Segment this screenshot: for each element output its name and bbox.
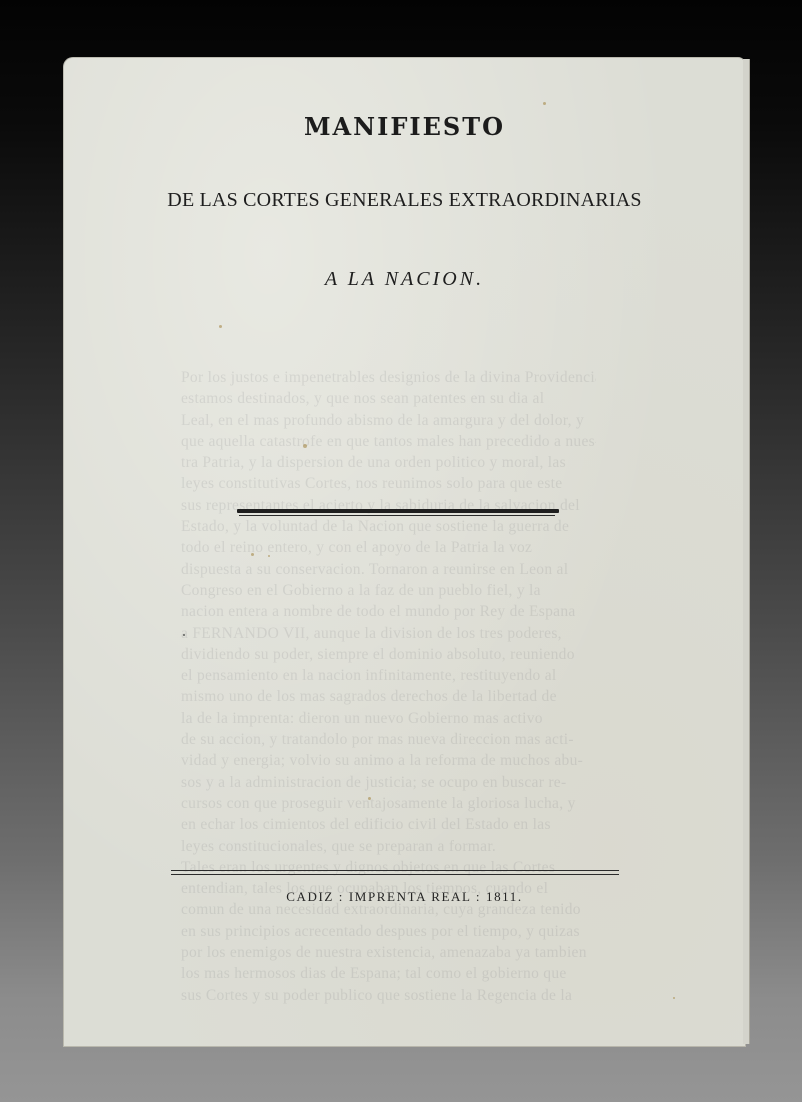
imprint-line: CADIZ : IMPRENTA REAL : 1811. xyxy=(63,889,746,905)
foxing-spot xyxy=(183,634,185,636)
bleed-line: Congreso en el Gobierno a la faz de un p… xyxy=(181,580,596,601)
bleed-line: la de la imprenta: dieron un nuevo Gobie… xyxy=(181,708,596,729)
bleed-line: a FERNANDO VII, aunque la division de lo… xyxy=(181,623,596,644)
bleed-line: los mas hermosos dias de Espana; tal com… xyxy=(181,963,596,984)
bleed-line: en echar los cimientos del edificio civi… xyxy=(181,814,596,835)
bleed-line: Leal, en el mas profundo abismo de la am… xyxy=(181,410,596,431)
bleed-line: mismo uno de los mas sagrados derechos d… xyxy=(181,686,596,707)
bleed-line: sus Cortes y su poder publico que sostie… xyxy=(181,985,596,1006)
foxing-spot xyxy=(219,325,222,328)
document-addressee: A LA NACION. xyxy=(63,268,746,291)
bleed-line: el pensamiento en la nacion infinitament… xyxy=(181,665,596,686)
bleed-line: cursos con que proseguir ventajosamente … xyxy=(181,793,596,814)
bleed-line: leyes constitutivas Cortes, nos reunimos… xyxy=(181,473,596,494)
bleed-line: de su accion, y tratandolo por mas nueva… xyxy=(181,729,596,750)
foxing-spot xyxy=(673,997,675,999)
bleed-line: que aquella catastrofe en que tantos mal… xyxy=(181,431,596,452)
document-title: MANIFIESTO xyxy=(63,112,746,141)
bleed-line: todo el reino entero, y con el apoyo de … xyxy=(181,537,596,558)
bleed-line: vidad y energia; volvio su animo a la re… xyxy=(181,750,596,771)
bleed-line: estamos destinados, y que nos sean paten… xyxy=(181,388,596,409)
bleed-through-text: Por los justos e impenetrables designios… xyxy=(181,367,596,1006)
bleed-line: tra Patria, y la dispersion de una orden… xyxy=(181,452,596,473)
imprint-rule-top xyxy=(171,870,619,871)
foxing-spot xyxy=(368,797,371,800)
bleed-line: por los enemigos de nuestra existencia, … xyxy=(181,942,596,963)
bleed-line: dispuesta a su conservacion. Tornaron a … xyxy=(181,559,596,580)
ornamental-rule-thick xyxy=(237,509,559,513)
foxing-spot xyxy=(303,444,307,448)
foxing-spot xyxy=(543,102,546,105)
foxing-spot xyxy=(251,553,254,556)
document-page: Por los justos e impenetrables designios… xyxy=(63,57,746,1047)
bleed-line: Estado, y la voluntad de la Nacion que s… xyxy=(181,516,596,537)
bleed-line: leyes constitucionales, que se preparan … xyxy=(181,836,596,857)
document-subtitle: DE LAS CORTES GENERALES EXTRAORDINARIAS xyxy=(63,189,746,212)
foxing-spot xyxy=(268,555,270,557)
bleed-line: sos y a la administracion de justicia; s… xyxy=(181,772,596,793)
bleed-line: Por los justos e impenetrables designios… xyxy=(181,367,596,388)
ornamental-rule-thin xyxy=(239,515,555,516)
imprint-rule-bottom xyxy=(171,874,619,875)
bleed-line: en sus principios acrecentado despues po… xyxy=(181,921,596,942)
bleed-line: nacion entera a nombre de todo el mundo … xyxy=(181,601,596,622)
bleed-line: dividiendo su poder, siempre el dominio … xyxy=(181,644,596,665)
